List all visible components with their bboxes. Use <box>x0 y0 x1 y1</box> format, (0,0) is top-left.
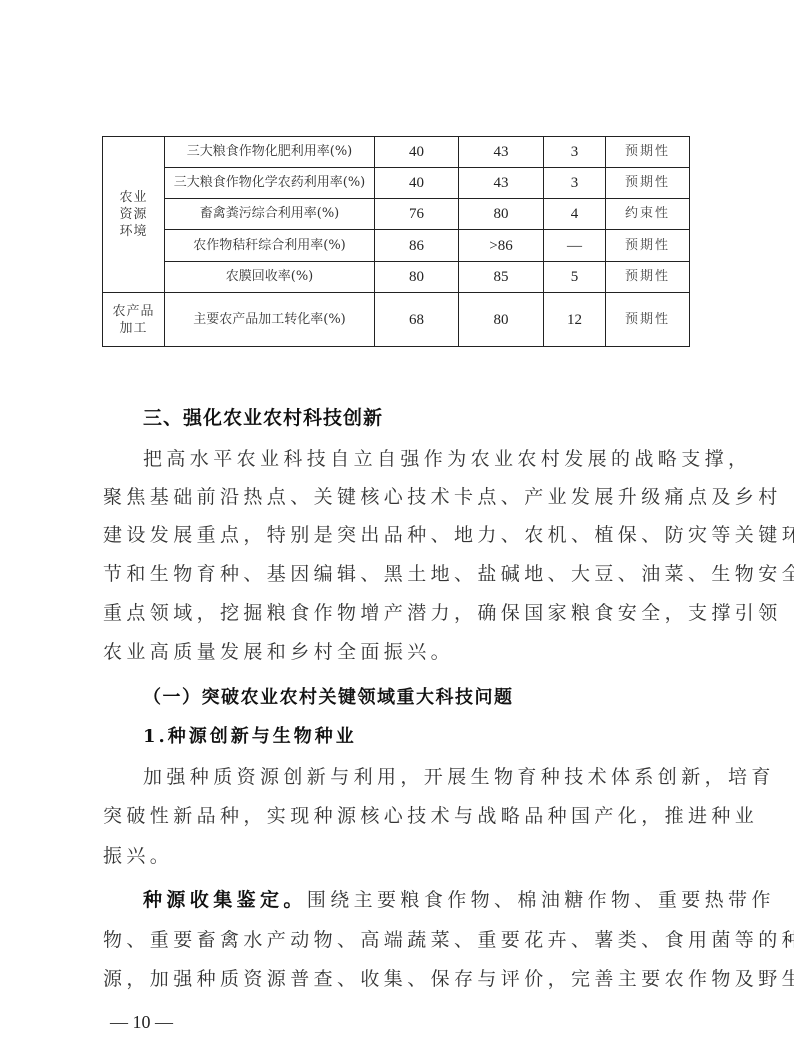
para-line: 物、重要畜禽水产动物、高端蔬菜、重要花卉、薯类、食用菌等的种 <box>103 925 794 952</box>
section-heading: 三、强化农业农村科技创新 <box>143 403 383 430</box>
baseline-cell: 76 <box>375 199 459 230</box>
increase-cell: 4 <box>544 199 606 230</box>
para-text: 围绕主要粮食作物、棉油糖作物、重要热带作 <box>307 889 775 911</box>
target-cell: 80 <box>459 293 544 347</box>
table-row: 三大粮食作物化学农药利用率(%) 40 43 3 预期性 <box>103 168 690 199</box>
target-cell: 43 <box>459 137 544 168</box>
baseline-cell: 40 <box>375 137 459 168</box>
category-cell: 农产品 加工 <box>103 293 165 347</box>
category-line: 农业 <box>103 189 164 206</box>
target-cell: 85 <box>459 262 544 293</box>
property-cell: 预期性 <box>606 293 690 347</box>
indicator-cell: 主要农产品加工转化率(%) <box>165 293 375 347</box>
increase-cell: — <box>544 230 606 262</box>
baseline-cell: 40 <box>375 168 459 199</box>
table-row: 畜禽粪污综合利用率(%) 76 80 4 约束性 <box>103 199 690 230</box>
property-cell: 约束性 <box>606 199 690 230</box>
increase-cell: 5 <box>544 262 606 293</box>
property-cell: 预期性 <box>606 262 690 293</box>
intro-line: 重点领域，挖掘粮食作物增产潜力，确保国家粮食安全，支撑引领 <box>103 598 782 625</box>
category-line: 农产品 <box>103 303 164 320</box>
increase-cell: 3 <box>544 137 606 168</box>
para-lead: 种源收集鉴定。 <box>143 889 307 911</box>
property-cell: 预期性 <box>606 230 690 262</box>
category-line: 加工 <box>103 320 164 337</box>
intro-line: 农业高质量发展和乡村全面振兴。 <box>103 637 454 664</box>
para-line: 源，加强种质资源普查、收集、保存与评价，完善主要农作物及野生 <box>103 964 794 991</box>
indicator-cell: 畜禽粪污综合利用率(%) <box>165 199 375 230</box>
category-line: 资源 <box>103 206 164 223</box>
indicator-cell: 农作物秸秆综合利用率(%) <box>165 230 375 262</box>
indicator-table: 农业 资源 环境 三大粮食作物化肥利用率(%) 40 43 3 预期性 三大粮食… <box>102 136 690 347</box>
table-row: 农作物秸秆综合利用率(%) 86 >86 — 预期性 <box>103 230 690 262</box>
subsection-heading: （一）突破农业农村关键领域重大科技问题 <box>143 683 514 709</box>
category-cell: 农业 资源 环境 <box>103 137 165 293</box>
table-row: 农膜回收率(%) 80 85 5 预期性 <box>103 262 690 293</box>
intro-line: 把高水平农业科技自立自强作为农业农村发展的战略支撑， <box>143 444 751 471</box>
increase-cell: 12 <box>544 293 606 347</box>
target-cell: 43 <box>459 168 544 199</box>
page-number: — 10 — <box>110 1012 173 1033</box>
item-line: 振兴。 <box>103 841 173 868</box>
increase-cell: 3 <box>544 168 606 199</box>
property-cell: 预期性 <box>606 137 690 168</box>
table-row: 农产品 加工 主要农产品加工转化率(%) 68 80 12 预期性 <box>103 293 690 347</box>
item-line: 突破性新品种，实现种源核心技术与战略品种国产化，推进种业 <box>103 801 758 828</box>
intro-line: 节和生物育种、基因编辑、黑土地、盐碱地、大豆、油菜、生物安全等 <box>103 559 794 586</box>
category-line: 环境 <box>103 223 164 240</box>
item-line: 加强种质资源创新与利用，开展生物育种技术体系创新，培育 <box>143 762 775 789</box>
intro-line: 建设发展重点，特别是突出品种、地力、农机、植保、防灾等关键环 <box>103 520 794 547</box>
baseline-cell: 86 <box>375 230 459 262</box>
indicator-cell: 农膜回收率(%) <box>165 262 375 293</box>
para-line: 种源收集鉴定。围绕主要粮食作物、棉油糖作物、重要热带作 <box>143 885 775 912</box>
indicator-cell: 三大粮食作物化学农药利用率(%) <box>165 168 375 199</box>
baseline-cell: 80 <box>375 262 459 293</box>
target-cell: >86 <box>459 230 544 262</box>
item-heading: 1.种源创新与生物种业 <box>143 722 357 748</box>
baseline-cell: 68 <box>375 293 459 347</box>
property-cell: 预期性 <box>606 168 690 199</box>
target-cell: 80 <box>459 199 544 230</box>
intro-line: 聚焦基础前沿热点、关键核心技术卡点、产业发展升级痛点及乡村 <box>103 482 782 509</box>
indicator-cell: 三大粮食作物化肥利用率(%) <box>165 137 375 168</box>
table-row: 农业 资源 环境 三大粮食作物化肥利用率(%) 40 43 3 预期性 <box>103 137 690 168</box>
